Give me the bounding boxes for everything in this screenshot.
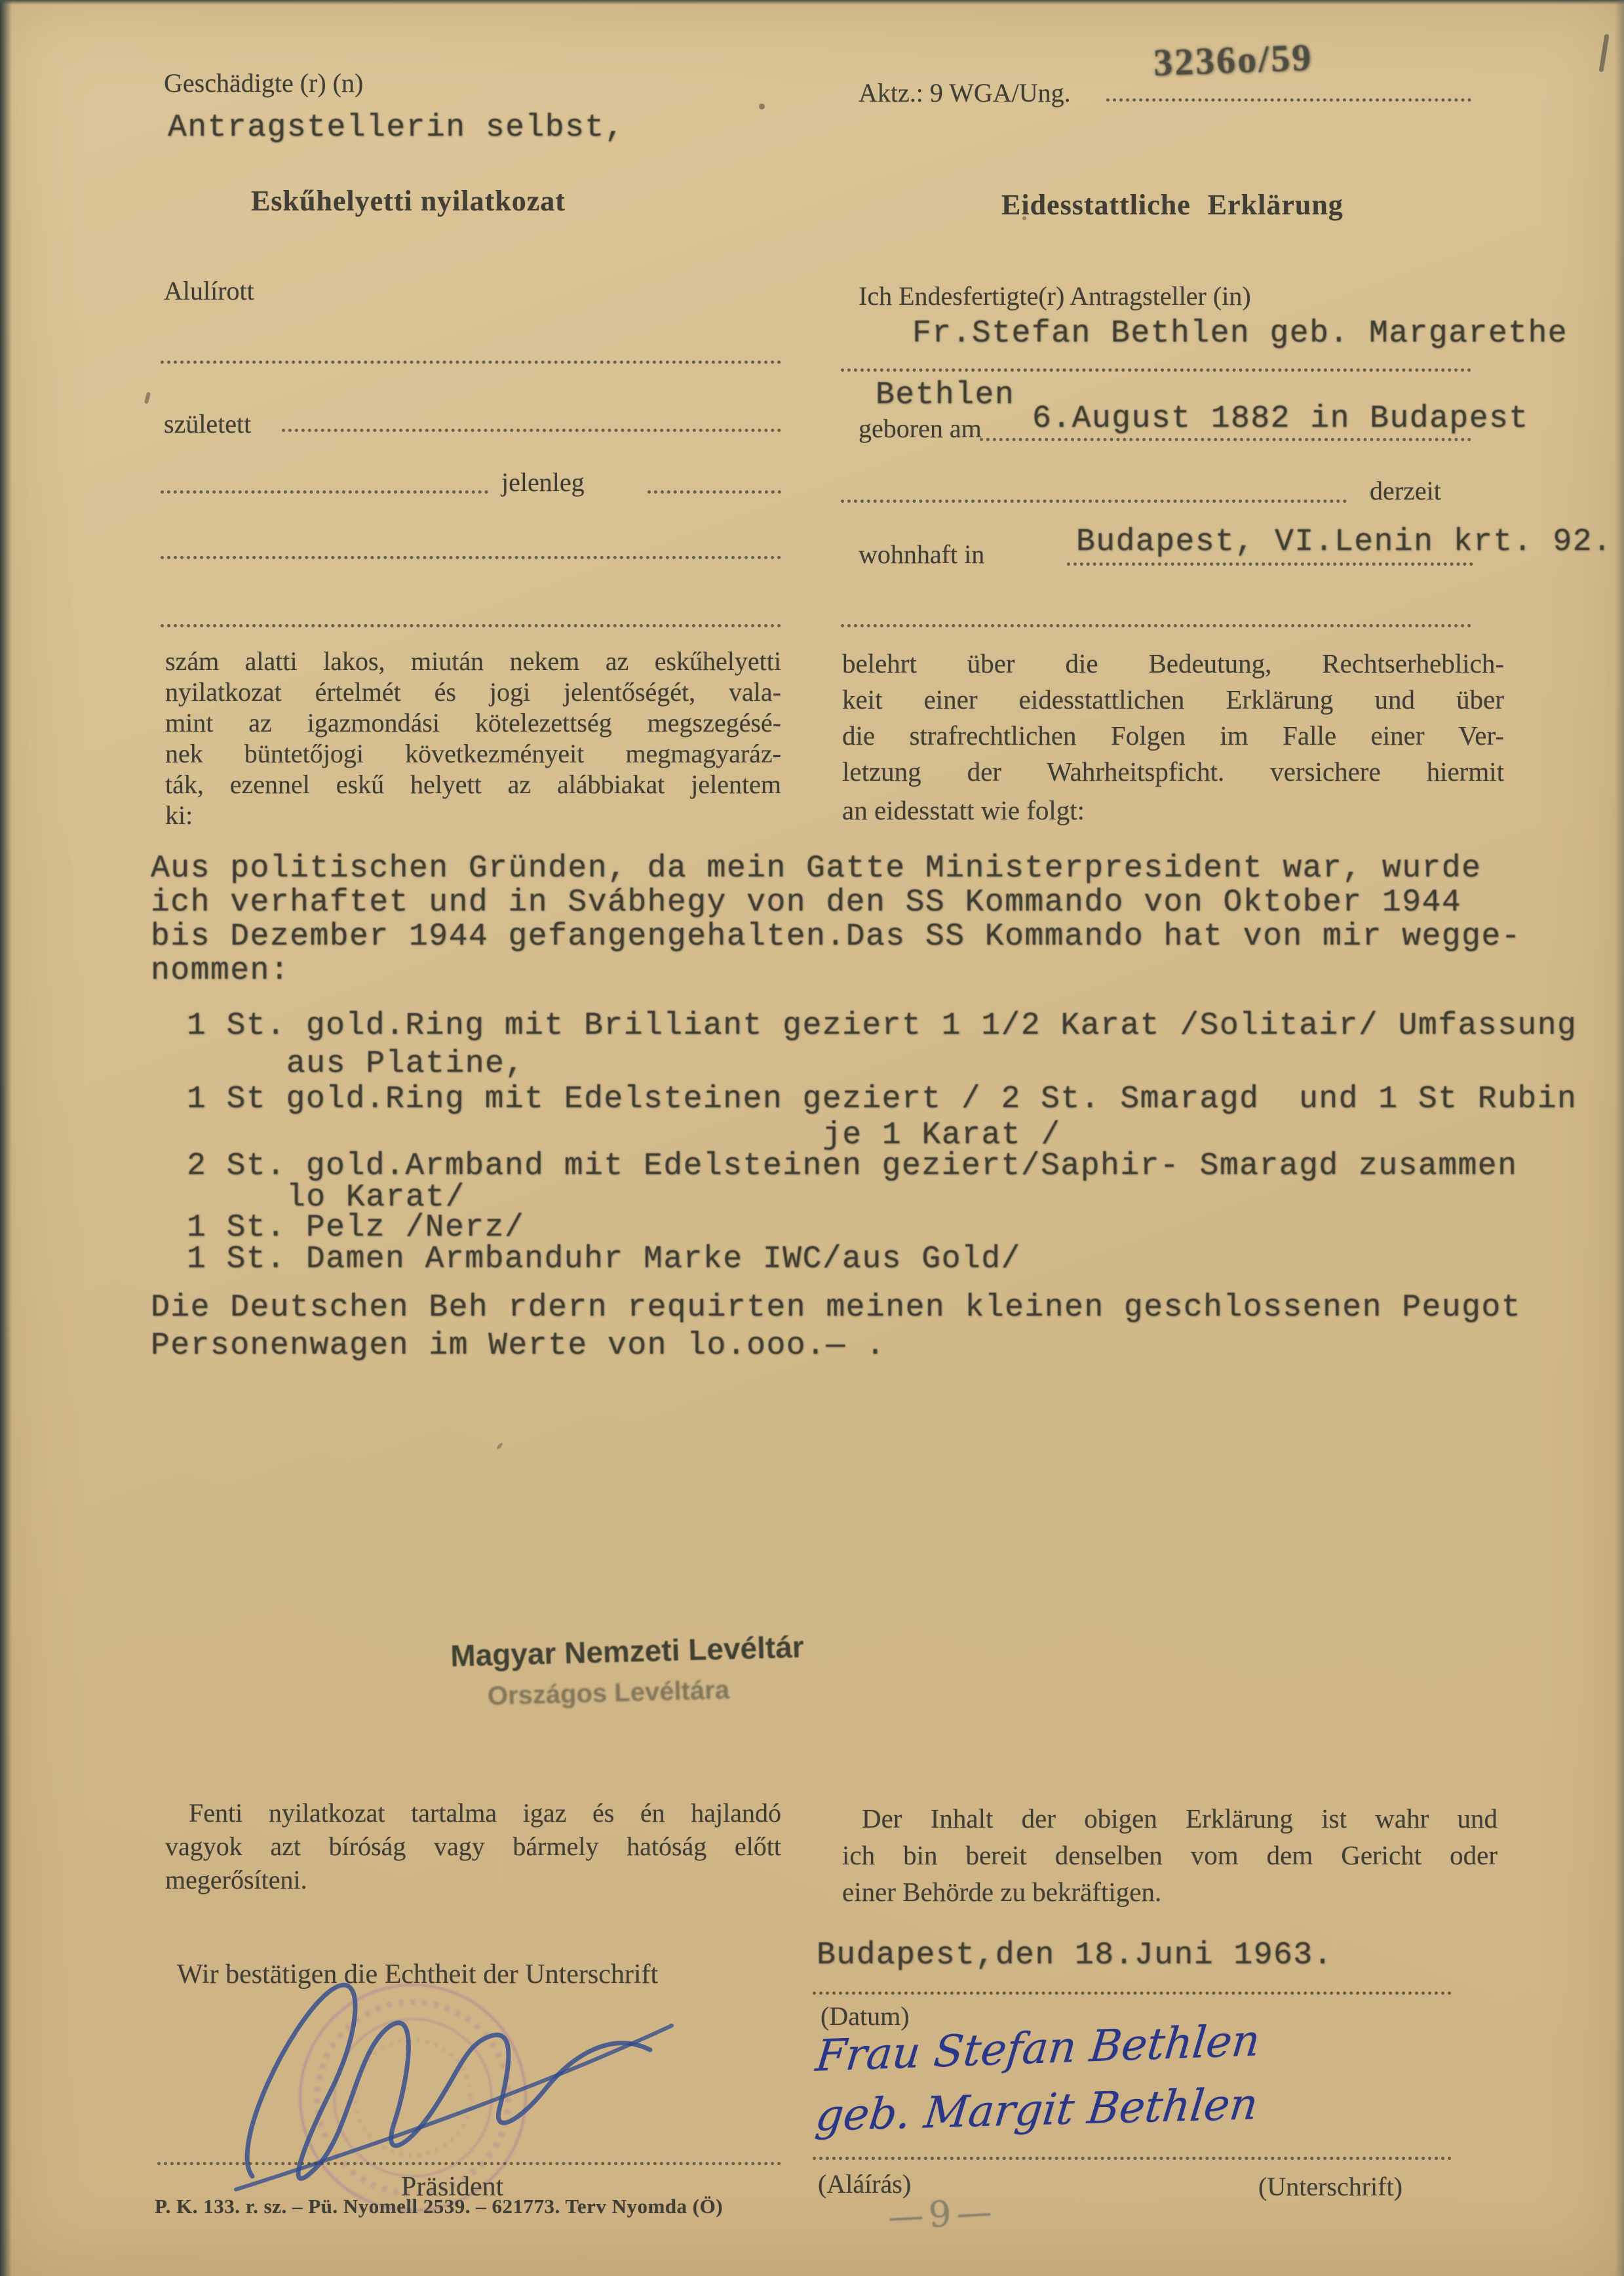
body-hu-line: ki:: [165, 800, 193, 831]
label-geboren-am: geboren am: [859, 413, 982, 444]
label-szuletett: született: [164, 408, 251, 439]
alairas-label: (Aláírás): [818, 2168, 911, 2199]
archive-stamp-line2: Országos Levéltára: [487, 1674, 805, 1712]
title-hungarian: Eskűhelyetti nyilatkozat: [251, 184, 566, 218]
closing-hu-line: vagyok azt bíróság vagy bármely hatóság …: [165, 1831, 781, 1862]
typed-statement-line: bis Dezember 1944 gefangengehalten.Das S…: [151, 919, 1521, 954]
body-hu-line: mint az igazmondási kötelezettség megsze…: [165, 707, 781, 738]
body-de-line: belehrt über die Bedeutung, Rechtserhebl…: [842, 648, 1504, 679]
paper-speck: [144, 392, 151, 404]
label-jelenleg: jelenleg: [501, 467, 585, 498]
footer-print-info: P. K. 133. r. sz. – Pü. Nyomell 2539. – …: [155, 2195, 723, 2218]
blank-dotted-line: [648, 490, 781, 494]
closing-de-line: ich bin bereit denselben vom dem Gericht…: [842, 1839, 1498, 1871]
victim-typed-value: Antragstellerin selbst,: [168, 110, 625, 146]
name-dotted-line: [841, 368, 1471, 372]
typed-name-line1: Fr.Stefan Bethlen geb. Margarethe: [912, 316, 1568, 351]
blank-dotted-line: [161, 556, 781, 559]
blank-dotted-line: [282, 429, 781, 432]
typed-item-line: 1 St. Pelz /Nerz/: [187, 1210, 524, 1246]
typed-born-value: 6.August 1882 in Budapest: [1032, 401, 1529, 437]
archive-stamp: Magyar Nemzeti Levéltár Országos Levéltá…: [450, 1629, 805, 1712]
stamped-file-number: 3236o/59: [1153, 35, 1313, 85]
body-de-line: an eidesstatt wie folgt:: [842, 795, 1085, 826]
closing-de-line: Der Inhalt der obigen Erklärung ist wahr…: [862, 1803, 1498, 1834]
typed-date: Budapest,den 18.Juni 1963.: [817, 1938, 1333, 1973]
ink-mark: [1599, 34, 1610, 72]
blank-dotted-line: [161, 624, 781, 627]
born-dotted-line: [980, 438, 1471, 441]
typed-statement-line: ich verhaftet und in Svábhegy von den SS…: [151, 885, 1461, 920]
typed-item-line: je 1 Karat /: [822, 1118, 1061, 1153]
blank-dotted-line: [161, 361, 781, 364]
typed-item-line: 1 St. Damen Armbanduhr Marke IWC/aus Gol…: [187, 1242, 1021, 1277]
closing-de-line: einer Behörde zu bekräftigen.: [842, 1876, 1161, 1908]
body-hu-line: nyilatkozat értelmét és jogi jelentőségé…: [165, 677, 781, 707]
handwritten-signature-line2: geb. Margit Bethlen: [813, 2079, 1261, 2141]
closing-hu-line: megerősíteni.: [165, 1864, 307, 1895]
blank-dotted-line: [161, 490, 488, 494]
scan-edge-top: [0, 0, 1624, 5]
president-dotted-line: [157, 2162, 781, 2165]
file-number-label: Aktz.: 9 WGA/Ung.: [859, 77, 1071, 108]
blank-dotted-line: [841, 500, 1347, 503]
body-de-line: keit einer eidesstattlichen Erklärung un…: [842, 684, 1504, 715]
body-hu-line: ták, ezennel eskű helyett az alábbiakat …: [165, 769, 781, 800]
unterschrift-label: (Unterschrift): [1258, 2171, 1402, 2202]
paper-speck: [759, 104, 765, 109]
typed-residence-value: Budapest, VI.Lenin krt. 92.: [1076, 524, 1612, 560]
typed-item-line: aus Platine,: [286, 1046, 525, 1082]
label-wohnhaft-in: wohnhaft in: [859, 539, 984, 570]
blank-dotted-line: [841, 624, 1471, 627]
paper-speck: [496, 1442, 504, 1450]
signature-dotted-line: [813, 2157, 1452, 2160]
date-dotted-line: [813, 1991, 1452, 1995]
typed-statement-line: nommen:: [151, 953, 290, 989]
body-hu-line: szám alatti lakos, miután nekem az eskűh…: [165, 646, 781, 677]
scanned-document-page: Geschädigte (r) (n) Antragstellerin selb…: [0, 0, 1624, 2276]
datum-label: (Datum): [821, 2001, 910, 2031]
typed-item-line: 1 St gold.Ring mit Edelsteinen geziert /…: [187, 1082, 1577, 1117]
body-de-line: letzung der Wahrheitspficht. versichere …: [842, 756, 1504, 787]
closing-hu-line: Fenti nyilatkozat tartalma igaz és én ha…: [189, 1797, 781, 1828]
residence-dotted-line: [1067, 562, 1473, 566]
label-derzeit: derzeit: [1370, 475, 1441, 506]
file-number-dotted-line: [1106, 98, 1471, 102]
typed-item-line: 1 St. gold.Ring mit Brilliant geziert 1 …: [187, 1008, 1577, 1044]
typed-name-line2: Bethlen: [876, 378, 1015, 413]
scan-edge-right: [1615, 0, 1624, 2276]
body-hu-line: nek büntetőjogi következményeit megmagya…: [165, 738, 781, 769]
label-intro-de: Ich Endesfertigte(r) Antragsteller (in): [859, 281, 1251, 311]
typed-statement-line: Die Deutschen Beh rdern requirten meinen…: [151, 1290, 1521, 1325]
body-de-line: die strafrechtlichen Folgen im Falle ein…: [842, 720, 1504, 751]
label-alulirott: Alulírott: [164, 275, 254, 306]
scan-edge-left: [0, 0, 12, 2276]
pencil-page-number: —9—: [887, 2191, 997, 2238]
archive-stamp-line1: Magyar Nemzeti Levéltár: [450, 1629, 805, 1674]
typed-statement-line: Personenwagen im Werte von lo.ooo.— .: [151, 1328, 885, 1364]
typed-item-line: 2 St. gold.Armband mit Edelsteinen gezie…: [187, 1148, 1517, 1184]
victim-label: Geschädigte (r) (n): [164, 68, 363, 98]
typed-statement-line: Aus politischen Gründen, da mein Gatte M…: [151, 851, 1481, 886]
title-german: Eidesstattliche Erklärung: [1001, 188, 1344, 222]
